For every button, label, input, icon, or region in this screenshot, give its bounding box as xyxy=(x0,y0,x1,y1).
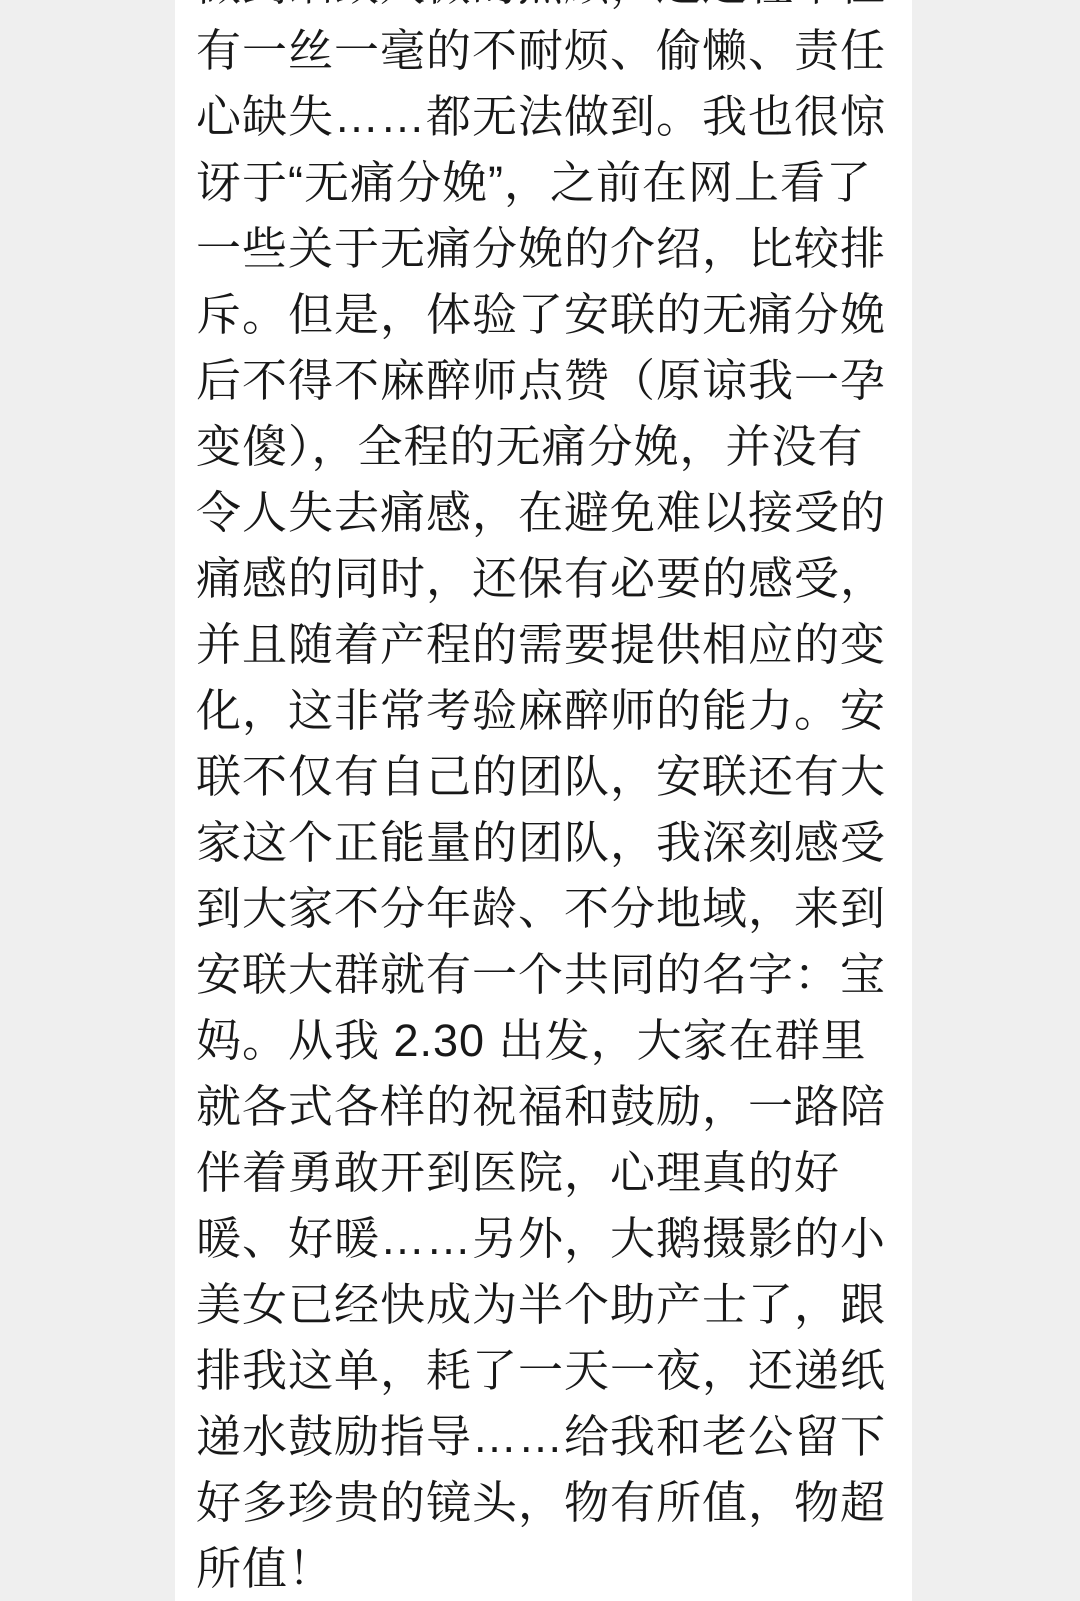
text-line: 就各式各样的祝福和鼓励，一路陪 xyxy=(196,1074,886,1140)
text-line: 做到细致入微的照顾，这过程中但 xyxy=(196,0,886,18)
text-line: 递水鼓励指导……给我和老公留下 xyxy=(196,1404,886,1470)
text-line: 好多珍贵的镜头，物有所值，物超 xyxy=(196,1470,886,1536)
text-line: 变傻），全程的无痛分娩，并没有 xyxy=(196,414,886,480)
text-line: 心缺失……都无法做到。我也很惊 xyxy=(196,84,886,150)
message-text: 做到细致入微的照顾，这过程中但有一丝一毫的不耐烦、偷懒、责任心缺失……都无法做到… xyxy=(175,0,912,1601)
text-line: 排我这单，耗了一天一夜，还递纸 xyxy=(196,1338,886,1404)
text-line: 痛感的同时，还保有必要的感受， xyxy=(196,546,886,612)
text-line: 暖、好暖……另外，大鹅摄影的小 xyxy=(196,1206,886,1272)
text-line: 令人失去痛感，在避免难以接受的 xyxy=(196,480,886,546)
text-line: 联不仅有自己的团队，安联还有大 xyxy=(196,744,886,810)
text-line: 有一丝一毫的不耐烦、偷懒、责任 xyxy=(196,18,886,84)
text-line: 家这个正能量的团队，我深刻感受 xyxy=(196,810,886,876)
text-line: 斥。但是，体验了安联的无痛分娩 xyxy=(196,282,886,348)
message-bubble[interactable]: 做到细致入微的照顾，这过程中但有一丝一毫的不耐烦、偷懒、责任心缺失……都无法做到… xyxy=(175,0,912,1601)
text-line: 安联大群就有一个共同的名字：宝 xyxy=(196,942,886,1008)
text-line: 一些关于无痛分娩的介绍，比较排 xyxy=(196,216,886,282)
text-line: 所值！ xyxy=(196,1536,886,1601)
text-line: 美女已经快成为半个助产士了，跟 xyxy=(196,1272,886,1338)
text-line: 到大家不分年龄、不分地域，来到 xyxy=(196,876,886,942)
chat-background: 做到细致入微的照顾，这过程中但有一丝一毫的不耐烦、偷懒、责任心缺失……都无法做到… xyxy=(0,0,1080,1601)
text-line: 讶于“无痛分娩”，之前在网上看了 xyxy=(196,150,886,216)
text-line: 化，这非常考验麻醉师的能力。安 xyxy=(196,678,886,744)
text-line: 伴着勇敢开到医院，心理真的好 xyxy=(196,1140,886,1206)
text-line: 妈。从我 2.30 出发，大家在群里 xyxy=(196,1008,886,1074)
text-line: 并且随着产程的需要提供相应的变 xyxy=(196,612,886,678)
text-line: 后不得不麻醉师点赞（原谅我一孕 xyxy=(196,348,886,414)
